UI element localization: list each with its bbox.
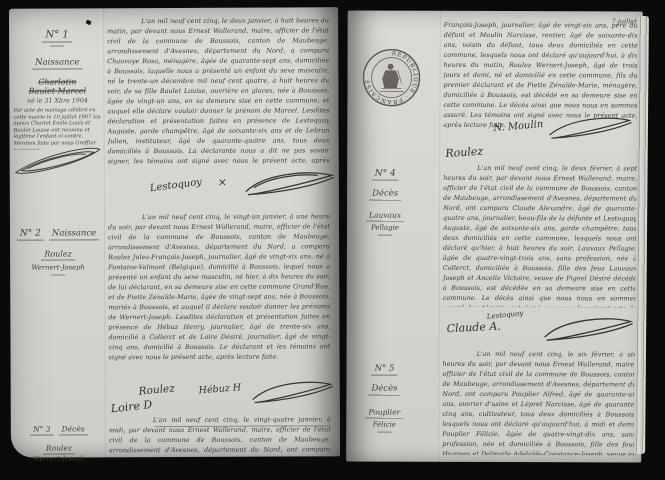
register-scan: N° 1 Naissance Charlotin Baulet Marcel n… xyxy=(0,0,665,480)
act-paragraph-2: L'an mil neuf cent cinq, le vingt-un jan… xyxy=(108,211,331,384)
mayor-signature-flourish xyxy=(539,313,635,347)
act-category: Naissance xyxy=(32,57,82,69)
act-paragraph-1: L'an mil neuf cent cinq, le deux janvier… xyxy=(107,15,330,166)
declarant-signature: Roulez xyxy=(138,382,175,397)
act-number: N° 3 xyxy=(30,425,54,436)
witness-signature: Loire D xyxy=(110,398,153,415)
mayor-signature-flourish xyxy=(545,113,633,143)
mayor-signature-flourish xyxy=(240,167,336,201)
person-surname: Roulez xyxy=(43,443,75,454)
declarant-signature: Roulez xyxy=(445,145,484,160)
act-number: N° 1 xyxy=(42,29,71,42)
act-category: Décès xyxy=(369,189,401,201)
person-given-name: Wernert-Joseph xyxy=(14,263,102,271)
divider-dash xyxy=(377,432,391,433)
divider-dash xyxy=(51,274,65,275)
act-number: N° 4 xyxy=(372,169,399,181)
republique-francaise-stamp-icon: RÉPUBLIQUE · FRANÇAISE · xyxy=(361,48,421,108)
person-given-name: Pellagie xyxy=(355,224,415,232)
declarant-signature: Claude A. xyxy=(446,320,501,336)
margin-entry-2: N° 2 Naissance Roulez Wernert-Joseph xyxy=(14,218,102,278)
witness-signature: Lestoquoy xyxy=(149,177,202,195)
act-number: N° 5 xyxy=(372,364,398,376)
margin-entry-1: N° 1 Naissance Charlotin Baulet Marcel n… xyxy=(13,22,102,149)
divider-dash xyxy=(378,235,392,236)
act-number: N° 2 xyxy=(17,229,44,241)
margin-entry-4: N° 4 Décès Lauvaux Pellagie xyxy=(355,161,415,239)
birth-date-note: né le 31 Xbre 1904 xyxy=(13,97,101,104)
signature-cross-mark: × xyxy=(218,176,227,189)
act-paragraph-3: L'an mil neuf cent cinq, le vingt-quatre… xyxy=(109,414,331,455)
left-page: N° 1 Naissance Charlotin Baulet Marcel n… xyxy=(9,7,340,457)
act-category: Décès xyxy=(59,424,88,435)
margin-entry-3: N° 3 Décès Roulez Wernert-Joseph xyxy=(15,416,103,462)
person-surname: Pouplier xyxy=(366,408,404,419)
person-surname: Lauvaux xyxy=(366,211,404,222)
witness-signature: Hébuz H xyxy=(198,382,241,396)
act-category: Décès xyxy=(368,384,400,396)
divider-dash xyxy=(50,45,64,46)
act-paragraph-5: L'an mil neuf cent cinq, le deux février… xyxy=(443,163,638,308)
person-given-name: Félicie xyxy=(354,421,414,429)
mayor-signature-flourish xyxy=(249,377,335,407)
act-paragraph-6: L'an mil neuf cent cinq, le six février,… xyxy=(442,349,636,456)
signature-flourish xyxy=(12,140,104,178)
margin-rule-right-page xyxy=(438,11,441,462)
person-given-name: Wernert-Joseph xyxy=(15,454,103,462)
crossed-name: Charlotin xyxy=(13,77,101,86)
person-surname: Roulez xyxy=(41,249,75,260)
act-category: Naissance xyxy=(49,228,99,240)
right-page: 7 juillet François-Joseph, journalier, â… xyxy=(346,10,643,462)
crossed-name: Baulet Marcel xyxy=(13,86,101,95)
margin-entry-5: N° 5 Décès Pouplier Félicie xyxy=(354,356,414,436)
margin-rule-left-page xyxy=(103,8,106,457)
